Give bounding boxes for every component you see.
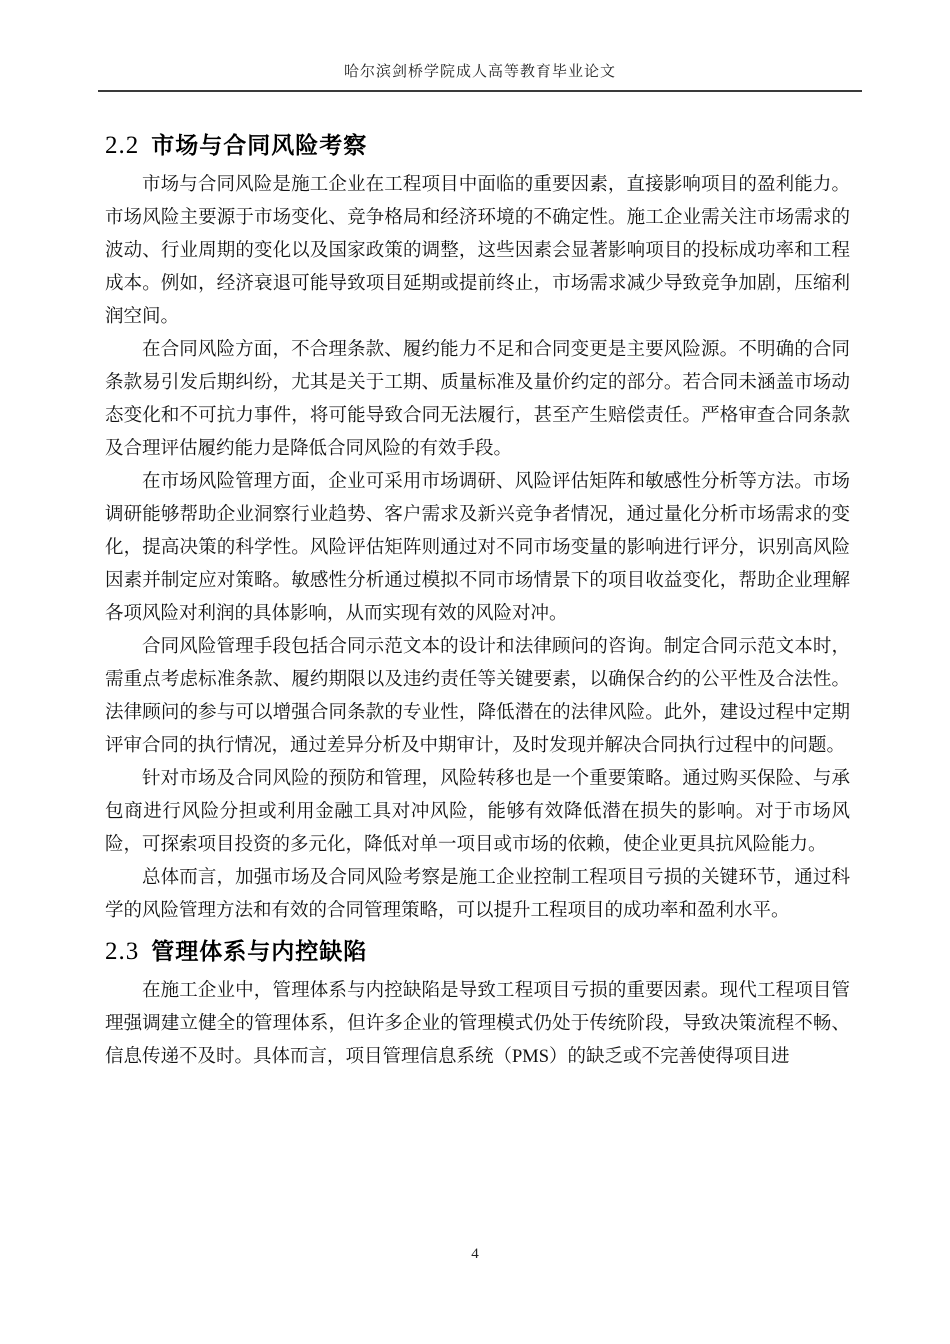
- page-header: 哈尔滨剑桥学院成人高等教育毕业论文: [98, 60, 862, 92]
- document-page: 哈尔滨剑桥学院成人高等教育毕业论文 2.2市场与合同风险考察 市场与合同风险是施…: [0, 0, 950, 1344]
- document-content: 2.2市场与合同风险考察 市场与合同风险是施工企业在工程项目中面临的重要因素，直…: [105, 96, 850, 1074]
- paragraph: 合同风险管理手段包括合同示范文本的设计和法律顾问的咨询。制定合同示范文本时，需重…: [105, 631, 850, 763]
- section-title: 管理体系与内控缺陷: [151, 939, 367, 965]
- paragraph: 针对市场及合同风险的预防和管理，风险转移也是一个重要策略。通过购买保险、与承包商…: [105, 763, 850, 862]
- section-title: 市场与合同风险考察: [151, 133, 367, 159]
- paragraph: 总体而言，加强市场及合同风险考察是施工企业控制工程项目亏损的关键环节，通过科学的…: [105, 862, 850, 928]
- paragraph: 市场与合同风险是施工企业在工程项目中面临的重要因素，直接影响项目的盈利能力。市场…: [105, 169, 850, 334]
- paragraph: 在施工企业中，管理体系与内控缺陷是导致工程项目亏损的重要因素。现代工程项目管理强…: [105, 975, 850, 1074]
- section-heading-2-3: 2.3管理体系与内控缺陷: [105, 935, 850, 969]
- paragraph: 在合同风险方面，不合理条款、履约能力不足和合同变更是主要风险源。不明确的合同条款…: [105, 334, 850, 466]
- page-number: 4: [0, 1246, 950, 1263]
- paragraph: 在市场风险管理方面，企业可采用市场调研、风险评估矩阵和敏感性分析等方法。市场调研…: [105, 466, 850, 631]
- section-number: 2.3: [105, 938, 139, 965]
- section-number: 2.2: [105, 132, 139, 159]
- section-heading-2-2: 2.2市场与合同风险考察: [105, 129, 850, 163]
